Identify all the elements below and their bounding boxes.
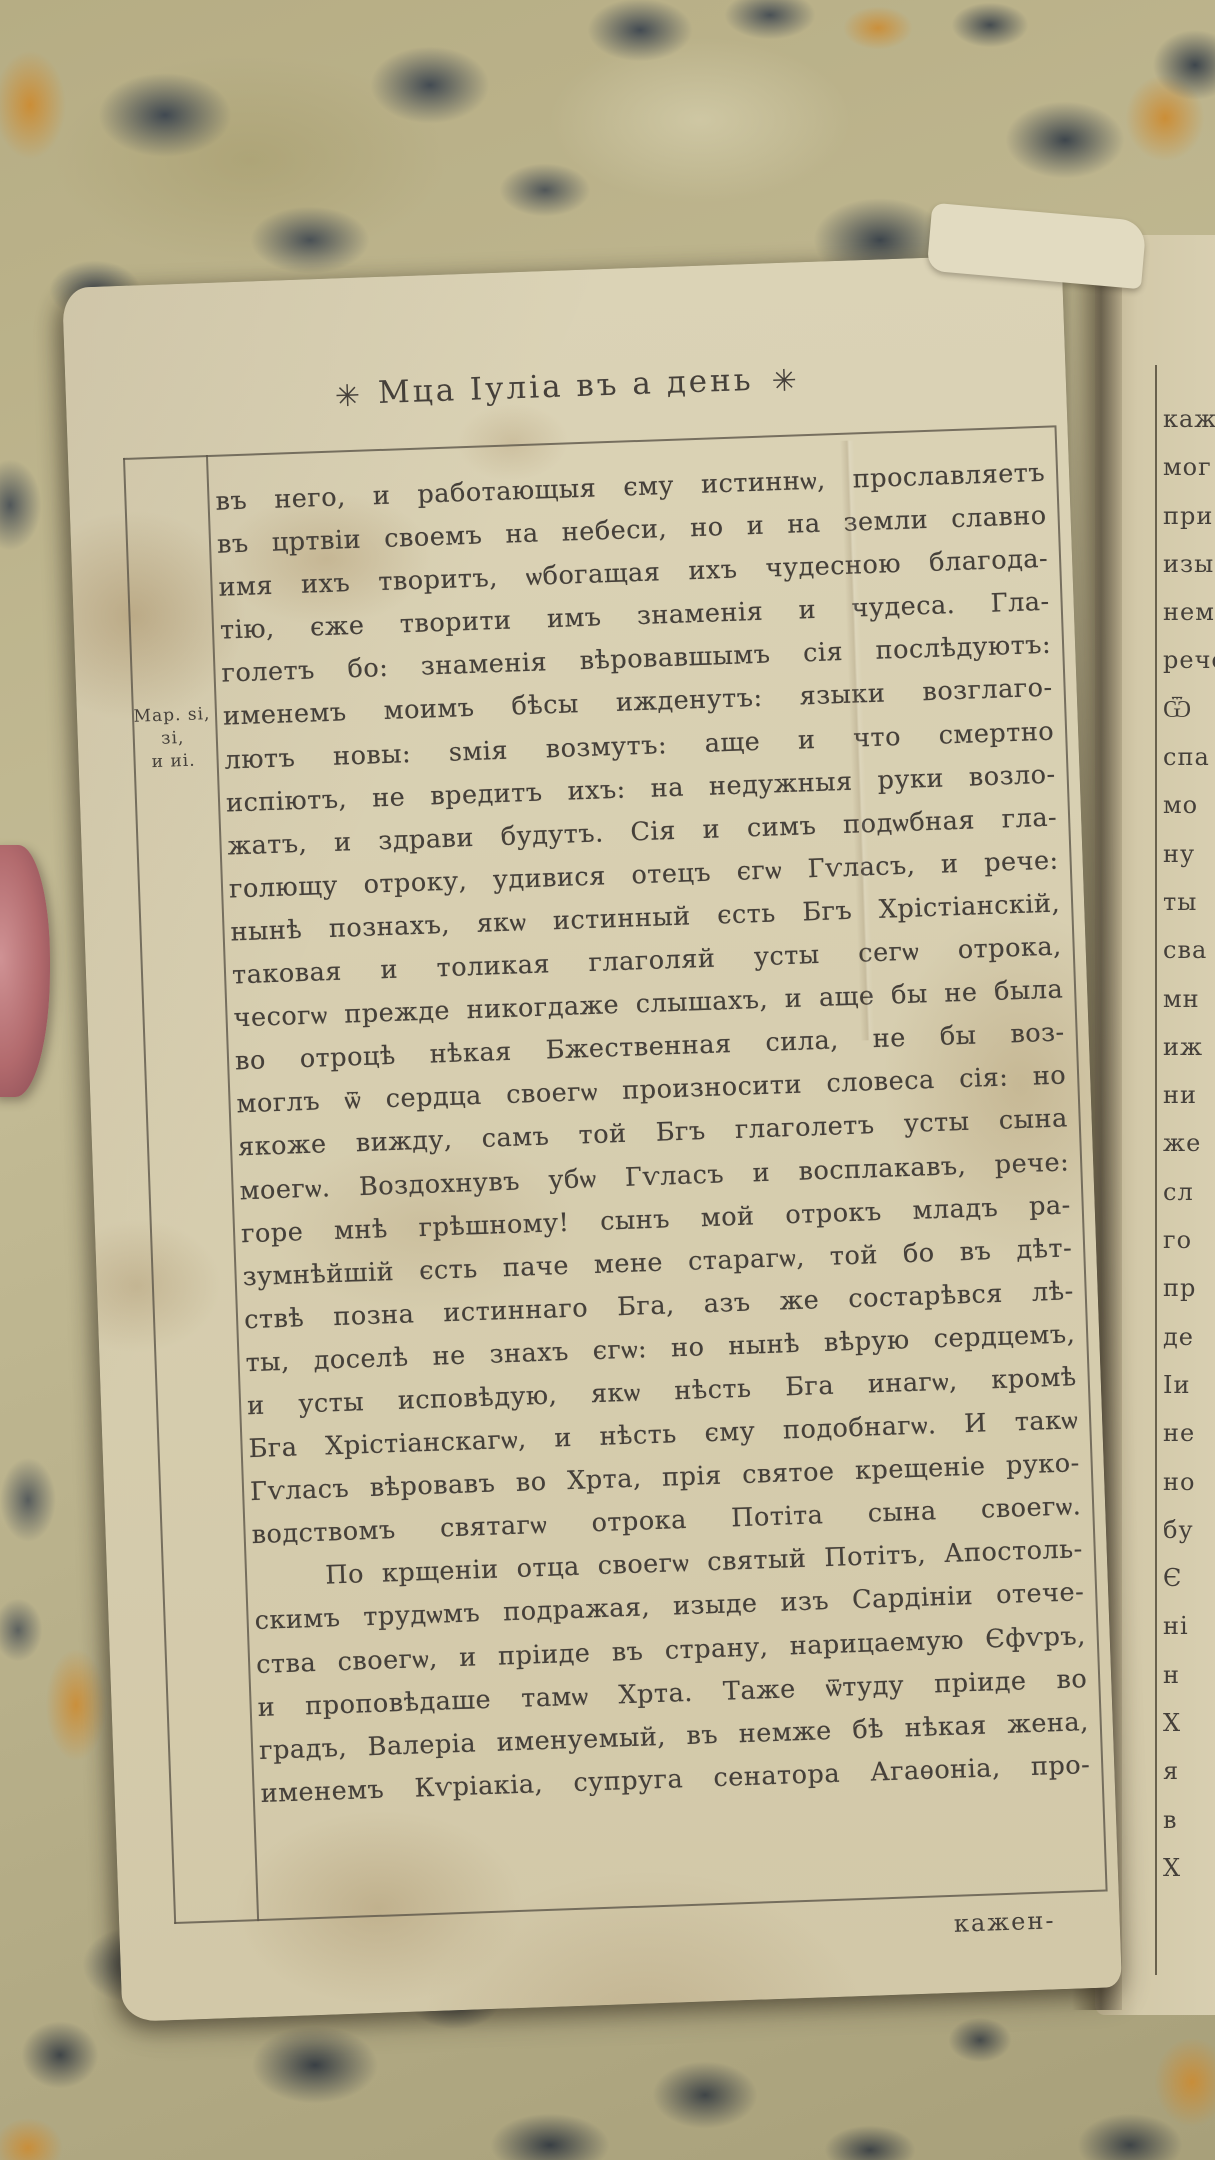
rosette-ornament-left-icon: ✳: [334, 379, 360, 415]
adjacent-text-fragment: Іи: [1163, 1361, 1215, 1409]
margin-note: Мар. ѕі,зі,и иі.: [133, 703, 213, 775]
margin-note-line: и иі.: [134, 749, 213, 775]
adjacent-text-fragment: нем: [1163, 588, 1215, 636]
page-header: ✳Мца Іуліа въ а день✳: [165, 355, 966, 421]
adjacent-text-fragment: ни: [1163, 1071, 1215, 1119]
adjacent-page-text: кажмогприизынемречеѾспамонутысвамнижниже…: [1163, 395, 1215, 1892]
frame-rule-top: [123, 425, 1055, 460]
adjacent-text-fragment: н: [1163, 1651, 1215, 1699]
adjacent-text-fragment: пр: [1163, 1264, 1215, 1312]
adjacent-text-fragment: рече: [1163, 636, 1215, 684]
adjacent-text-fragment: спа: [1163, 733, 1215, 781]
adjacent-text-fragment: но: [1163, 1458, 1215, 1506]
adjacent-text-fragment: мог: [1163, 443, 1215, 491]
adjacent-text-fragment: не: [1163, 1409, 1215, 1457]
adjacent-text-fragment: при: [1163, 492, 1215, 540]
adjacent-text-fragment: каж: [1163, 395, 1215, 443]
margin-note-line: Мар. ѕі,: [133, 703, 212, 729]
book-page: ✳Мца Іуліа въ а день✳ Мар. ѕі,зі,и иі. в…: [62, 253, 1122, 2022]
adjacent-text-fragment: изы: [1163, 540, 1215, 588]
adjacent-page-frame-rule: [1155, 365, 1157, 1975]
adjacent-text-fragment: ні: [1163, 1602, 1215, 1650]
adjacent-text-fragment: Є: [1163, 1554, 1215, 1602]
margin-note-line: зі,: [133, 726, 212, 752]
frame-rule-left: [123, 458, 176, 1924]
adjacent-text-fragment: го: [1163, 1216, 1215, 1264]
adjacent-text-fragment: мн: [1163, 975, 1215, 1023]
adjacent-text-fragment: ты: [1163, 878, 1215, 926]
adjacent-text-fragment: же: [1163, 1119, 1215, 1167]
adjacent-text-fragment: сва: [1163, 926, 1215, 974]
catchword: кажен-: [909, 1905, 1100, 1940]
adjacent-text-fragment: я: [1163, 1747, 1215, 1795]
adjacent-text-fragment: Ѿ: [1163, 685, 1215, 733]
adjacent-text-fragment: иж: [1163, 1023, 1215, 1071]
adjacent-text-fragment: бу: [1163, 1506, 1215, 1554]
adjacent-text-fragment: сл: [1163, 1168, 1215, 1216]
adjacent-text-fragment: де: [1163, 1313, 1215, 1361]
adjacent-text-fragment: Х: [1163, 1699, 1215, 1747]
adjacent-text-fragment: ну: [1163, 830, 1215, 878]
rosette-ornament-right-icon: ✳: [771, 363, 797, 399]
adjacent-text-fragment: мо: [1163, 781, 1215, 829]
adjacent-text-fragment: в: [1163, 1796, 1215, 1844]
header-title: Мца Іуліа въ а день: [359, 361, 772, 411]
photo-scene: кажмогприизынемречеѾспамонутысвамнижниже…: [0, 0, 1215, 2160]
adjacent-text-fragment: Х: [1163, 1844, 1215, 1892]
body-text: въ него, и работающыя єму истиннѡ, просл…: [215, 452, 1091, 1816]
